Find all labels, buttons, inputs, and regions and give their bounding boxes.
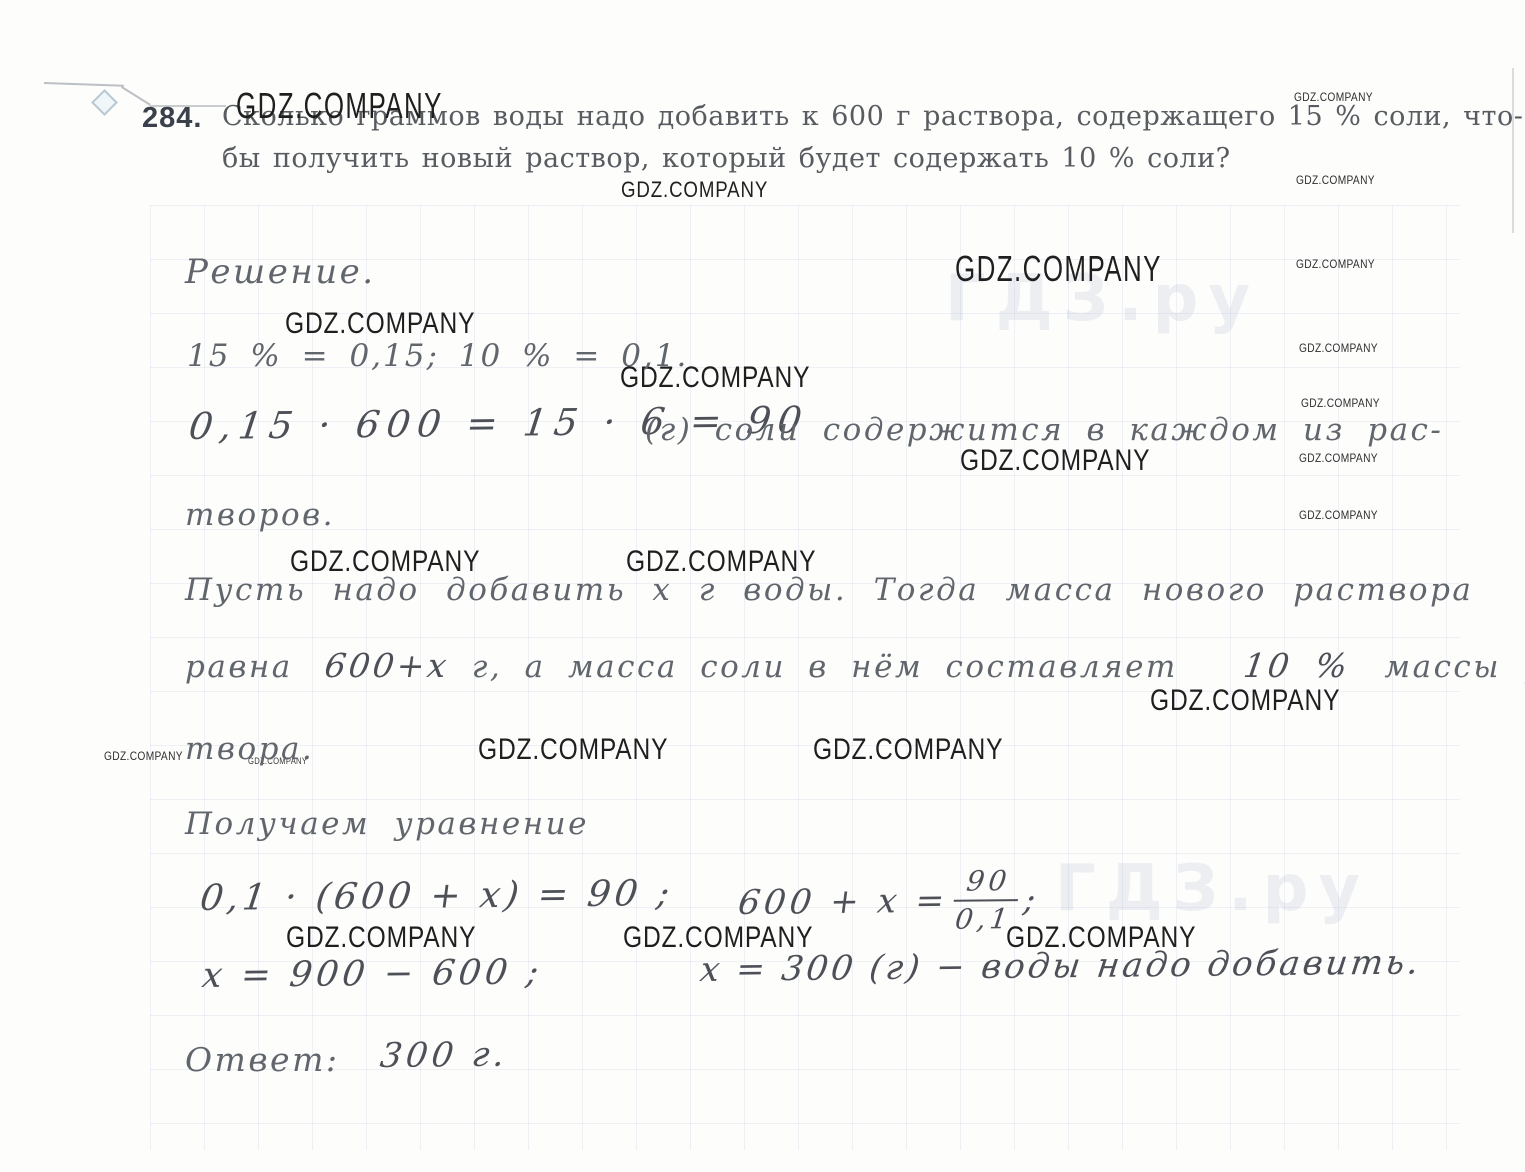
mass-line-suffix: массы рас-: [1384, 649, 1525, 685]
watermark-gdz: GDZ.COMPANY: [285, 307, 475, 341]
salt-note-line: (г) соли содержится в каждом из рас-: [645, 412, 1443, 448]
mass-line: равна 600+x г, а масса соли в нём состав…: [185, 646, 1525, 685]
equation-2-left: 600 + x =: [736, 881, 951, 923]
equation-2-handwritten: 600 + x = 90 0,1 ;: [734, 865, 1044, 938]
equation-3-handwritten: x = 900 − 600 ;: [200, 952, 545, 996]
percent-conversion-line: 15 % = 0,15; 10 % = 0,1.: [187, 338, 688, 374]
assumption-line: Пусть надо добавить х г воды. Тогда масс…: [185, 572, 1473, 608]
watermark-gdz: GDZ.COMPANY: [236, 85, 443, 127]
equation-heading: Получаем уравнение: [185, 806, 589, 842]
watermark-gdz: GDZ.COMPANY: [955, 248, 1162, 290]
watermark-gdz-small: GDZ.COMPANY: [1301, 396, 1380, 410]
mass-percent-handwritten: 10 %: [1241, 646, 1352, 685]
watermark-gdz: GDZ.COMPANY: [286, 921, 476, 955]
mass-line-continuation: твора.: [185, 731, 314, 767]
equation-1-handwritten: 0,1 · (600 + x) = 90 ;: [198, 873, 676, 919]
problem-text-line-2: бы получить новый раствор, который будет…: [222, 143, 1231, 174]
ghost-watermark: ГДЗ.ру: [1055, 852, 1370, 926]
watermark-gdz-small: GDZ.COMPANY: [1299, 341, 1378, 355]
scan-edge-line: [1512, 68, 1514, 233]
watermark-gdz: GDZ.COMPANY: [621, 177, 768, 203]
fraction-numerator: 90: [954, 865, 1022, 902]
watermark-gdz: GDZ.COMPANY: [960, 444, 1150, 478]
watermark-gdz-small: GDZ.COMPANY: [1299, 451, 1378, 465]
answer-label: Ответ:: [185, 1040, 340, 1079]
watermark-gdz-small: GDZ.COMPANY: [1296, 173, 1375, 187]
problem-number: 284.: [142, 102, 202, 135]
mass-sum-handwritten: 600+x: [322, 646, 452, 685]
watermark-gdz-small: GDZ.COMPANY: [1299, 508, 1378, 522]
equation-2-fraction: 90 0,1: [950, 865, 1023, 936]
scanned-textbook-page: ГДЗ.ру ГДЗ.ру 284. Сколько граммов воды …: [0, 0, 1525, 1172]
watermark-gdz-small: GDZ.COMPANY: [104, 749, 183, 763]
salt-note-continuation: творов.: [185, 497, 335, 533]
watermark-gdz: GDZ.COMPANY: [1150, 684, 1340, 718]
watermark-gdz-small: GDZ.COMPANY: [1296, 257, 1375, 271]
answer-value-handwritten: 300 г.: [378, 1035, 511, 1076]
solution-heading: Решение.: [185, 252, 376, 292]
corner-mark-line: [44, 82, 124, 87]
mass-line-middle: г, а масса соли в нём составляет: [472, 649, 1178, 685]
watermark-gdz: GDZ.COMPANY: [478, 733, 668, 767]
watermark-gdz: GDZ.COMPANY: [813, 733, 1003, 767]
equation-4-handwritten: x = 300 (г) − воды надо добавить.: [698, 942, 1424, 990]
mass-line-prefix: равна: [185, 649, 293, 685]
corner-diamond-icon: [91, 89, 118, 116]
watermark-gdz-small: GDZ.COMPANY: [1294, 90, 1373, 104]
fraction-denominator: 0,1: [953, 901, 1014, 936]
